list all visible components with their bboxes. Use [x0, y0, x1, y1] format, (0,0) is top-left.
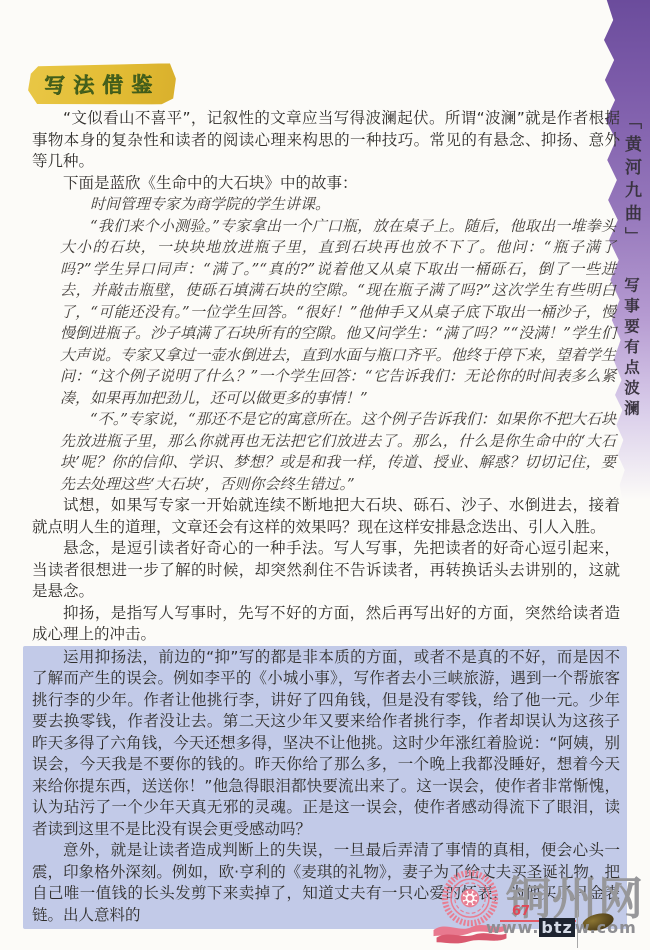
story-paragraph: 时间管理专家为商学院的学生讲课。	[60, 194, 616, 216]
story-paragraph: “不。”专家说，“那还不是它的寓意所在。这个例子告诉我们：如果你不把大石块先放进…	[60, 409, 616, 495]
watermark-site-url: www.btzw.com	[486, 918, 637, 937]
page-content: “文似看山不喜平”，记叙性的文章应当写得波澜起伏。所谓“波澜”就是作者根据事物本…	[32, 108, 620, 929]
story-excerpt: 时间管理专家为商学院的学生讲课。 “我们来个小测验。”专家拿出一个广口瓶，放在桌…	[60, 194, 616, 495]
analysis-paragraph: 试想，如果写专家一开始就连续不断地把大石块、砾石、沙子、水倒进去，接着就点明人生…	[32, 495, 620, 538]
url-highlight: btz	[539, 918, 574, 937]
watermark-logo-icon	[432, 866, 508, 950]
unit-label: 「黄河九曲」	[621, 112, 641, 250]
textbook-page: 「黄河九曲」 写事要有点波澜 写法借鉴 “文似看山不喜平”，记叙性的文章应当写得…	[0, 0, 650, 950]
chapter-title: 写事要有点波澜	[622, 277, 641, 421]
section-badge: 写法借鉴	[28, 63, 176, 106]
section-badge-label: 写法借鉴	[44, 72, 160, 97]
chapter-sidebar-text: 「黄河九曲」 写事要有点波澜	[622, 112, 639, 421]
url-suffix: w.com	[575, 918, 637, 937]
story-paragraph: “我们来个小测验。”专家拿出一个广口瓶，放在桌子上。随后，他取出一堆拳头大小的石…	[60, 216, 616, 410]
highlighted-paragraph: 运用抑扬法，前边的“抑”写的都是非本质的方面，或者不是真的不好，而是因不了解而产…	[32, 647, 620, 841]
analysis-paragraph: 悬念，是逗引读者好奇心的一种手法。写人写事，先把读者的好奇心逗引起来，当读者很想…	[32, 538, 620, 603]
site-watermark: 铜州网 67 www.btzw.com	[414, 862, 650, 950]
lead-in-paragraph: 下面是蓝欣《生命中的大石块》中的故事：	[32, 173, 620, 195]
intro-paragraph: “文似看山不喜平”，记叙性的文章应当写得波澜起伏。所谓“波澜”就是作者根据事物本…	[32, 108, 620, 173]
page-number: 67	[512, 904, 530, 919]
url-prefix: www.	[486, 918, 539, 937]
analysis-paragraph: 抑扬，是指写人写事时，先写不好的方面，然后再写出好的方面，突然给读者造成心理上的…	[32, 603, 620, 646]
